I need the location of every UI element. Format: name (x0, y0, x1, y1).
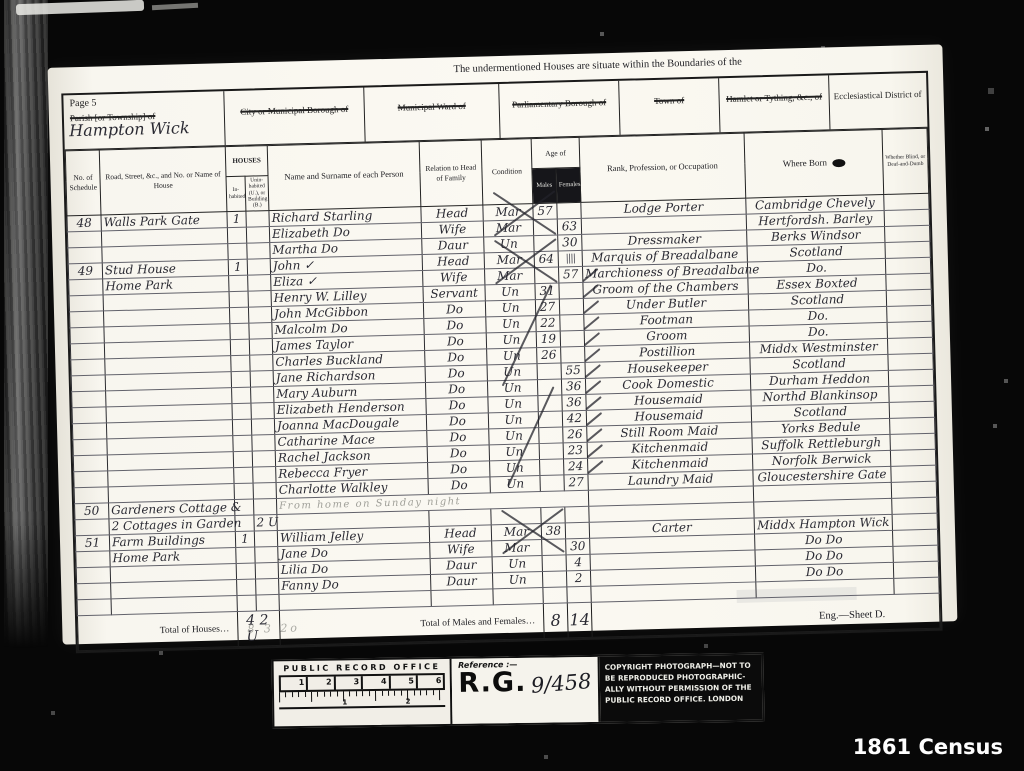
cell-inhabited (237, 579, 256, 595)
district-label: Municipal Ward of (398, 101, 466, 113)
cell-age-male (538, 395, 562, 412)
cell-age-female: 4 (566, 554, 590, 571)
cell-relation: Daur (430, 556, 492, 574)
cell-schedule: 51 (75, 534, 109, 551)
cell-condition (491, 507, 541, 524)
cell-schedule (77, 598, 111, 615)
col-header-age: Age of (531, 137, 580, 168)
cell-relation: Head (422, 253, 484, 271)
cell-relation: Do (427, 444, 489, 462)
cell-schedule (76, 550, 110, 567)
cell-relation: Wife (421, 221, 483, 239)
cell-uninhabited (252, 434, 275, 451)
cell-schedule (77, 582, 111, 599)
cell-blind (893, 561, 938, 578)
cell-uninhabited (255, 546, 278, 563)
cell-inhabited: 1 (235, 531, 254, 547)
ruler-inch-mark: 5 (390, 675, 418, 688)
col-header-road: Road, Street, &c., and No. or Name of Ho… (99, 147, 227, 215)
copyright-line: PUBLIC RECORD OFFICE. LONDON (605, 693, 757, 706)
cell-blind (892, 529, 937, 546)
cell-inhabited (229, 307, 248, 323)
col-header-condition: Condition (481, 139, 533, 205)
cell-condition: Mar (492, 539, 542, 556)
cell-condition: Un (487, 363, 537, 380)
col-header-schedule: No. of Schedule (65, 150, 101, 215)
cell-blind (884, 193, 929, 210)
total-females: 14 (567, 602, 592, 638)
cell-schedule (72, 390, 106, 407)
cell-inhabited (232, 419, 251, 435)
cell-relation: Head (421, 205, 483, 223)
ruler-inch-mark: 6 (418, 675, 444, 688)
cell-age-female (565, 506, 589, 523)
census-form: Page 5Parish [or Township] ofHampton Wic… (61, 71, 942, 653)
image-caption: 1861 Census (853, 735, 1003, 759)
census-table: No. of Schedule Road, Street, &c., and N… (65, 128, 941, 651)
film-scratch (16, 0, 144, 15)
cell-blind (889, 401, 934, 418)
cell-relation: Do (424, 332, 486, 350)
cell-inhabited (237, 595, 256, 611)
col-header-uninhabited: Unin-habited (U.), or Building (B.) (245, 176, 269, 211)
cell-age-female (557, 202, 581, 219)
sheet-label: Eng.—Sheet D. (819, 609, 885, 622)
cell-age-male: 31 (535, 283, 559, 300)
cell-inhabited (236, 547, 255, 563)
cell-schedule (71, 358, 105, 375)
cell-inhabited (231, 371, 250, 387)
col-header-occupation: Rank, Profession, or Occupation (579, 133, 746, 202)
cell-relation: Head (429, 524, 491, 542)
cell-schedule (69, 279, 103, 296)
district-label: City or Municipal Borough of (240, 104, 348, 117)
total-mf-label: Total of Males and Females… (279, 603, 544, 645)
cell-condition: Un (488, 395, 538, 412)
cell-inhabited (233, 451, 252, 467)
cell-relation (431, 588, 493, 606)
cell-schedule (73, 454, 107, 471)
cell-age-female: 63 (557, 218, 581, 235)
district-label: Parliamentary Borough of (512, 97, 606, 109)
cell-uninhabited (255, 562, 278, 579)
cell-age-female: |||| (558, 250, 582, 267)
ruler-cm-number: 2 (406, 698, 411, 706)
cell-age-male (542, 554, 566, 571)
film-edge-artifact (4, 0, 48, 648)
cell-uninhabited (247, 258, 270, 275)
cell-age-female (559, 282, 583, 299)
cell-blind (885, 241, 930, 258)
cell-inhabited (229, 275, 248, 291)
cell-schedule (71, 374, 105, 391)
cell-relation: Do (426, 412, 488, 430)
cell-condition: Un (485, 299, 535, 316)
cell-relation: Do (425, 364, 487, 382)
cell-age-male (542, 538, 566, 555)
cell-uninhabited (248, 274, 271, 291)
cell-condition: Mar (483, 219, 533, 236)
cell-uninhabited (254, 530, 277, 547)
cell-blind (892, 497, 937, 514)
cell-blind (890, 417, 935, 434)
cell-inhabited (229, 291, 248, 307)
cell-condition: Un (492, 571, 542, 588)
cell-age-male (538, 411, 562, 428)
ink-blot (832, 159, 845, 167)
ruler-inch-mark: 3 (336, 676, 364, 689)
cell-blind (894, 577, 939, 594)
cell-age-female: 55 (561, 362, 585, 379)
cell-inhabited (227, 227, 246, 243)
cell-age-male: 27 (535, 299, 559, 316)
cell-age-male (540, 459, 564, 476)
cell-relation: Wife (423, 269, 485, 287)
cell-schedule: 48 (67, 215, 101, 232)
cell-age-female: 2 (566, 570, 590, 587)
district-label: Hamlet or Tything, &c., of (726, 92, 822, 105)
cell-schedule (74, 470, 108, 487)
cell-uninhabited (253, 482, 276, 499)
cell-relation: Do (428, 460, 490, 478)
district-field: Page 5Parish [or Township] ofHampton Wic… (63, 91, 224, 149)
cell-uninhabited (248, 306, 271, 323)
cell-uninhabited (253, 498, 276, 515)
cell-blind (887, 337, 932, 354)
cell-condition: Un (489, 427, 539, 444)
cell-age-male (543, 586, 567, 603)
cell-age-female (561, 346, 585, 363)
district-value-handwritten: Hampton Wick (69, 118, 190, 140)
total-houses-label: Total of Houses… (77, 611, 238, 650)
cell-age-male (541, 506, 565, 523)
cell-schedule (68, 247, 102, 264)
cell-relation (429, 508, 491, 526)
cell-inhabited (233, 435, 252, 451)
cell-schedule: 49 (68, 263, 102, 280)
cell-schedule (72, 422, 106, 439)
cell-blind (891, 465, 936, 482)
cell-relation: Daur (422, 237, 484, 255)
cell-uninhabited (250, 370, 273, 387)
cell-schedule (76, 566, 110, 583)
cell-blind (889, 385, 934, 402)
district-field: City or Municipal Borough of (223, 88, 364, 146)
cell-blind (887, 321, 932, 338)
district-label: Ecclesiastical District of (833, 89, 921, 101)
page-number: Page 5 (69, 98, 96, 110)
col-header-name: Name and Surname of each Person (267, 142, 421, 211)
cell-inhabited (228, 243, 247, 259)
district-label: Town of (654, 95, 684, 106)
cell-blind (886, 273, 931, 290)
ruler-inch-mark: 2 (308, 677, 336, 690)
cell-condition: Un (486, 331, 536, 348)
cell-age-female: 24 (564, 458, 588, 475)
cell-age-male (542, 570, 566, 587)
cell-condition: Mar (485, 267, 535, 284)
cell-age-male (534, 235, 558, 252)
cell-schedule (74, 486, 108, 503)
cell-schedule (73, 438, 107, 455)
cell-age-male: 64 (534, 251, 558, 268)
district-field: Municipal Ward of (363, 84, 499, 142)
ruler-cm-number: 1 (342, 698, 347, 706)
ruler-inch-mark: 4 (363, 676, 391, 689)
cell-condition (493, 587, 543, 604)
cell-blind (890, 433, 935, 450)
col-header-relation: Relation to Head of Family (419, 140, 483, 206)
cell-condition: Un (485, 283, 535, 300)
stamp-reference-panel: Reference :— R.G. 9/458 (452, 657, 600, 724)
cell-uninhabited (251, 402, 274, 419)
district-field: Hamlet or Tything, &c., of (718, 75, 829, 132)
col-header-inhabited: In-habited (226, 176, 246, 211)
cell-condition: Mar (483, 203, 533, 220)
cell-relation: Do (427, 428, 489, 446)
cell-age-female (560, 314, 584, 331)
cell-uninhabited (251, 386, 274, 403)
cell-age-male (537, 379, 561, 396)
cell-inhabited (234, 483, 253, 499)
col-header-blind: Whether Blind, or Deaf-and-Dumb (882, 128, 929, 194)
cell-age-female: 26 (563, 426, 587, 443)
cell-schedule (69, 295, 103, 312)
cell-condition: Un (488, 411, 538, 428)
cell-relation: Wife (430, 540, 492, 558)
cell-schedule (69, 310, 103, 327)
cell-condition: Un (490, 459, 540, 476)
cell-condition: Un (489, 443, 539, 460)
cell-blind (886, 289, 931, 306)
cell-age-male: 22 (536, 315, 560, 332)
cell-uninhabited (250, 354, 273, 371)
col-header-where-born: Where Born (744, 129, 884, 197)
cell-inhabited (230, 323, 249, 339)
cell-age-female (560, 330, 584, 347)
where-born-label: Where Born (783, 158, 827, 169)
reference-value: R.G. 9/458 (458, 666, 592, 699)
cell-uninhabited (256, 578, 279, 595)
ruler-cm-tick (439, 690, 446, 700)
cell-age-male (540, 474, 564, 491)
cell-blind (888, 369, 933, 386)
district-field: Town of (618, 78, 719, 135)
cell-age-female (567, 586, 591, 603)
col-header-houses: HOUSES (225, 146, 268, 177)
film-dust-specks (0, 0, 2, 2)
public-record-office-stamp: PUBLIC RECORD OFFICE 123456 12 Reference… (272, 653, 765, 729)
cell-blind (890, 449, 935, 466)
stamp-copyright-panel: COPYRIGHT PHOTOGRAPH—NOT TOBE REPRODUCED… (600, 655, 763, 722)
cell-condition: Un (484, 235, 534, 252)
cell-inhabited (231, 355, 250, 371)
cell-age-male (533, 219, 557, 236)
cell-age-male (539, 443, 563, 460)
cell-inhabited (230, 339, 249, 355)
cell-blind (892, 513, 937, 530)
ruler-centimetres: 12 (279, 690, 446, 709)
cell-age-female (559, 298, 583, 315)
cell-condition: Un (492, 555, 542, 572)
cell-age-female: 23 (563, 442, 587, 459)
cell-relation: Do (424, 316, 486, 334)
cell-relation: Do (423, 300, 485, 318)
col-header-females: Females (556, 167, 581, 202)
cell-condition: Un (487, 379, 537, 396)
cell-blind (891, 481, 936, 498)
cell-condition: Un (486, 315, 536, 332)
cell-schedule (72, 406, 106, 423)
cell-inhabited (232, 403, 251, 419)
cell-age-female: 27 (564, 474, 588, 491)
cell-relation: Do (428, 476, 490, 494)
cell-relation: Do (425, 348, 487, 366)
ruler-inch-mark: 1 (281, 677, 309, 690)
cell-inhabited (232, 387, 251, 403)
cell-uninhabited (248, 290, 271, 307)
district-field: Parliamentary Borough of (498, 81, 619, 138)
cell-inhabited: 1 (228, 259, 247, 275)
cell-age-male: 57 (533, 203, 557, 220)
cell-uninhabited (246, 226, 269, 243)
cell-condition: Mar (491, 523, 541, 540)
cell-age-female: 36 (561, 378, 585, 395)
cell-condition: Un (487, 347, 537, 364)
cell-inhabited (234, 467, 253, 483)
cell-age-female: 30 (558, 234, 582, 251)
cell-blind (884, 209, 929, 226)
cell-condition: Mar (484, 251, 534, 268)
cell-age-female: 36 (562, 394, 586, 411)
reference-number: 9/458 (530, 669, 592, 698)
cell-age-female (565, 522, 589, 539)
cell-schedule (70, 342, 104, 359)
cell-age-female: 30 (566, 538, 590, 555)
cell-age-female: 57 (558, 266, 582, 283)
total-males: 8 (543, 602, 568, 638)
cell-uninhabited (249, 322, 272, 339)
stamp-office-title: PUBLIC RECORD OFFICE (279, 662, 446, 673)
cell-relation: Do (425, 380, 487, 398)
district-field: Ecclesiastical District of (828, 73, 926, 130)
cell-age-female: 42 (562, 410, 586, 427)
cell-uninhabited (252, 450, 275, 467)
cell-uninhabited: 2 U (254, 514, 277, 531)
cell-age-male (539, 427, 563, 444)
film-scratch (152, 3, 198, 10)
cell-relation: Daur (430, 572, 492, 590)
table-body: 48Walls Park Gate1Richard StarlingHeadMa… (67, 193, 939, 615)
cell-age-male (534, 267, 558, 284)
census-page-scan: The undermentioned Houses are situate wi… (48, 44, 958, 644)
cell-blind (885, 257, 930, 274)
cell-uninhabited (247, 242, 270, 259)
cell-schedule (70, 326, 104, 343)
boundary-note: The undermentioned Houses are situate wi… (378, 55, 818, 78)
pencil-total-note: 8 3 2o (247, 621, 300, 635)
cell-uninhabited (256, 594, 279, 611)
cell-blind (893, 545, 938, 562)
cell-age-male: 38 (541, 522, 565, 539)
cell-blind (885, 225, 930, 242)
cell-age-male (537, 363, 561, 380)
cell-blind (888, 353, 933, 370)
reference-prefix: R.G. (458, 667, 526, 699)
cell-uninhabited (246, 210, 269, 227)
cell-relation: Do (426, 396, 488, 414)
cell-condition: Un (490, 475, 540, 492)
cell-inhabited (236, 563, 255, 579)
cell-schedule (75, 518, 109, 535)
cell-uninhabited (253, 466, 276, 483)
cell-blind (887, 305, 932, 322)
col-header-males: Males (532, 168, 557, 203)
cell-relation: Servant (423, 285, 485, 303)
cell-inhabited: 1 (227, 211, 246, 227)
cell-uninhabited (249, 338, 272, 355)
cell-age-male: 19 (536, 331, 560, 348)
cell-uninhabited (251, 418, 274, 435)
cell-schedule (67, 231, 101, 248)
stamp-ruler-panel: PUBLIC RECORD OFFICE 123456 12 (274, 659, 453, 726)
cell-age-male: 26 (537, 347, 561, 364)
cell-schedule: 50 (75, 502, 109, 519)
